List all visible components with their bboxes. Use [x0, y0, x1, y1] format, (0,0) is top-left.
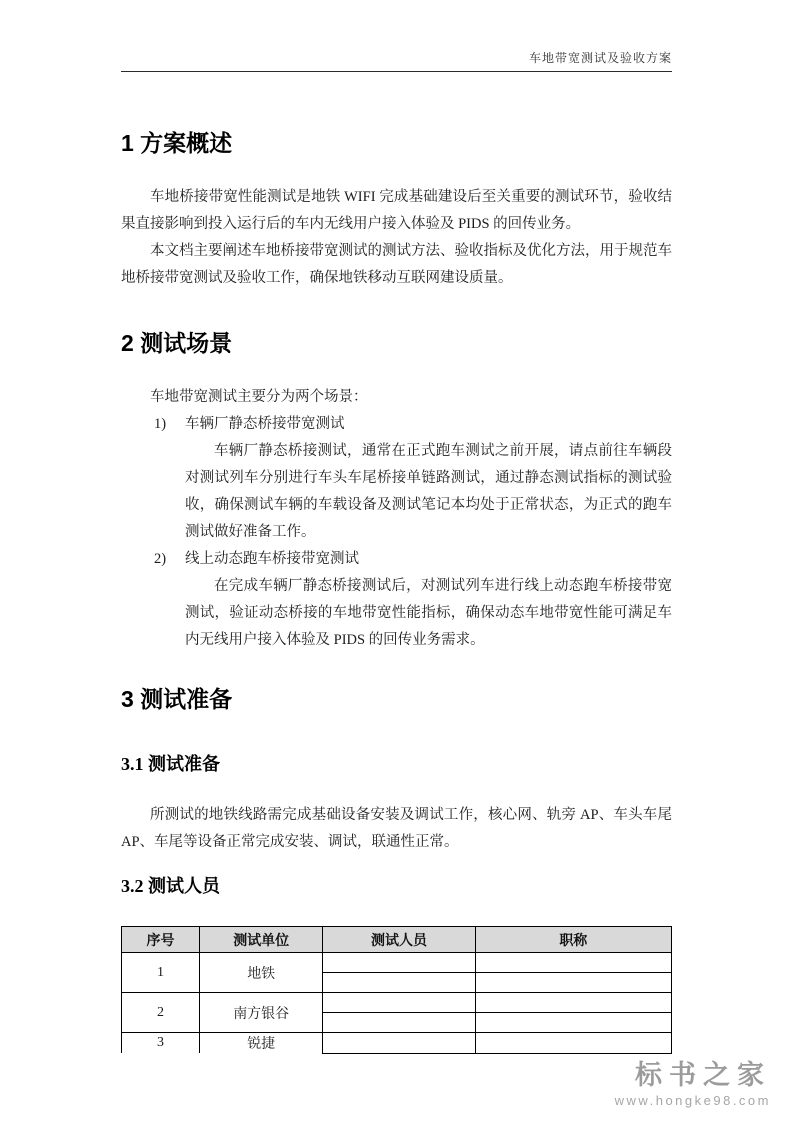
- list-item-title: 车辆厂静态桥接带宽测试: [185, 411, 345, 438]
- header-title: 车地带宽测试及验收方案: [529, 51, 672, 65]
- column-header-person: 测试人员: [323, 927, 475, 953]
- cell-index: 3: [122, 1033, 200, 1054]
- document-body: 1 方案概述 车地桥接带宽性能测试是地铁 WIFI 完成基础建设后至关重要的测试…: [121, 128, 672, 1054]
- cell-person-empty: [323, 993, 475, 1013]
- list-item-number: 1): [154, 411, 185, 438]
- table-row: 1 地铁: [122, 953, 672, 973]
- column-header-title: 职称: [475, 927, 671, 953]
- section-1-paragraph-1: 车地桥接带宽性能测试是地铁 WIFI 完成基础建设后至关重要的测试环节，验收结果…: [121, 184, 672, 238]
- list-item: 1) 车辆厂静态桥接带宽测试 车辆厂静态桥接测试，通常在正式跑车测试之前开展，请…: [121, 411, 672, 546]
- cell-title-empty: [475, 1013, 671, 1033]
- cell-title-empty: [475, 993, 671, 1013]
- running-header: 车地带宽测试及验收方案: [121, 0, 672, 72]
- cell-index: 1: [122, 953, 200, 993]
- cell-unit: 南方银谷: [200, 993, 323, 1033]
- section-3-heading: 3 测试准备: [121, 684, 672, 714]
- cell-person-empty: [323, 953, 475, 973]
- section-3-2-heading: 3.2 测试人员: [121, 874, 672, 898]
- table-row: 2 南方银谷: [122, 993, 672, 1013]
- list-item-title: 线上动态跑车桥接带宽测试: [185, 546, 359, 573]
- cell-person-empty: [323, 1013, 475, 1033]
- site-watermark: 标书之家 www.hongke98.com: [615, 1061, 771, 1108]
- cell-title-empty: [475, 953, 671, 973]
- list-item-number: 2): [154, 546, 185, 573]
- scenario-list: 1) 车辆厂静态桥接带宽测试 车辆厂静态桥接测试，通常在正式跑车测试之前开展，请…: [121, 411, 672, 654]
- column-header-unit: 测试单位: [200, 927, 323, 953]
- cell-title-empty: [475, 1033, 671, 1054]
- column-header-index: 序号: [122, 927, 200, 953]
- section-3-1-paragraph: 所测试的地铁线路需完成基础设备安装及调试工作，核心网、轨旁 AP、车头车尾 AP…: [121, 802, 672, 856]
- table-header-row: 序号 测试单位 测试人员 职称: [122, 927, 672, 953]
- section-3-1-heading: 3.1 测试准备: [121, 752, 672, 776]
- list-item-title-row: 2) 线上动态跑车桥接带宽测试: [121, 546, 672, 573]
- document-page: 车地带宽测试及验收方案 1 方案概述 车地桥接带宽性能测试是地铁 WIFI 完成…: [0, 0, 793, 1122]
- watermark-url: www.hongke98.com: [615, 1094, 771, 1108]
- cell-unit: 地铁: [200, 953, 323, 993]
- section-1-paragraph-2: 本文档主要阐述车地桥接带宽测试的测试方法、验收指标及优化方法，用于规范车地桥接带…: [121, 238, 672, 292]
- test-personnel-table: 序号 测试单位 测试人员 职称 1 地铁 2: [121, 926, 672, 1054]
- list-item-title-row: 1) 车辆厂静态桥接带宽测试: [121, 411, 672, 438]
- cell-person-empty: [323, 1033, 475, 1054]
- section-2-heading: 2 测试场景: [121, 328, 672, 358]
- list-item-body: 在完成车辆厂静态桥接测试后，对测试列车进行线上动态跑车桥接带宽测试，验证动态桥接…: [185, 573, 672, 654]
- section-1-heading: 1 方案概述: [121, 128, 672, 158]
- list-item-body: 车辆厂静态桥接测试，通常在正式跑车测试之前开展，请点前往车辆段对测试列车分别进行…: [185, 438, 672, 546]
- cell-person-empty: [323, 973, 475, 993]
- list-item: 2) 线上动态跑车桥接带宽测试 在完成车辆厂静态桥接测试后，对测试列车进行线上动…: [121, 546, 672, 654]
- cell-index: 2: [122, 993, 200, 1033]
- section-2-intro: 车地带宽测试主要分为两个场景：: [121, 384, 672, 411]
- watermark-brand: 标书之家: [615, 1061, 771, 1091]
- cell-unit: 锐捷: [200, 1033, 323, 1054]
- table-row: 3 锐捷: [122, 1033, 672, 1054]
- cell-title-empty: [475, 973, 671, 993]
